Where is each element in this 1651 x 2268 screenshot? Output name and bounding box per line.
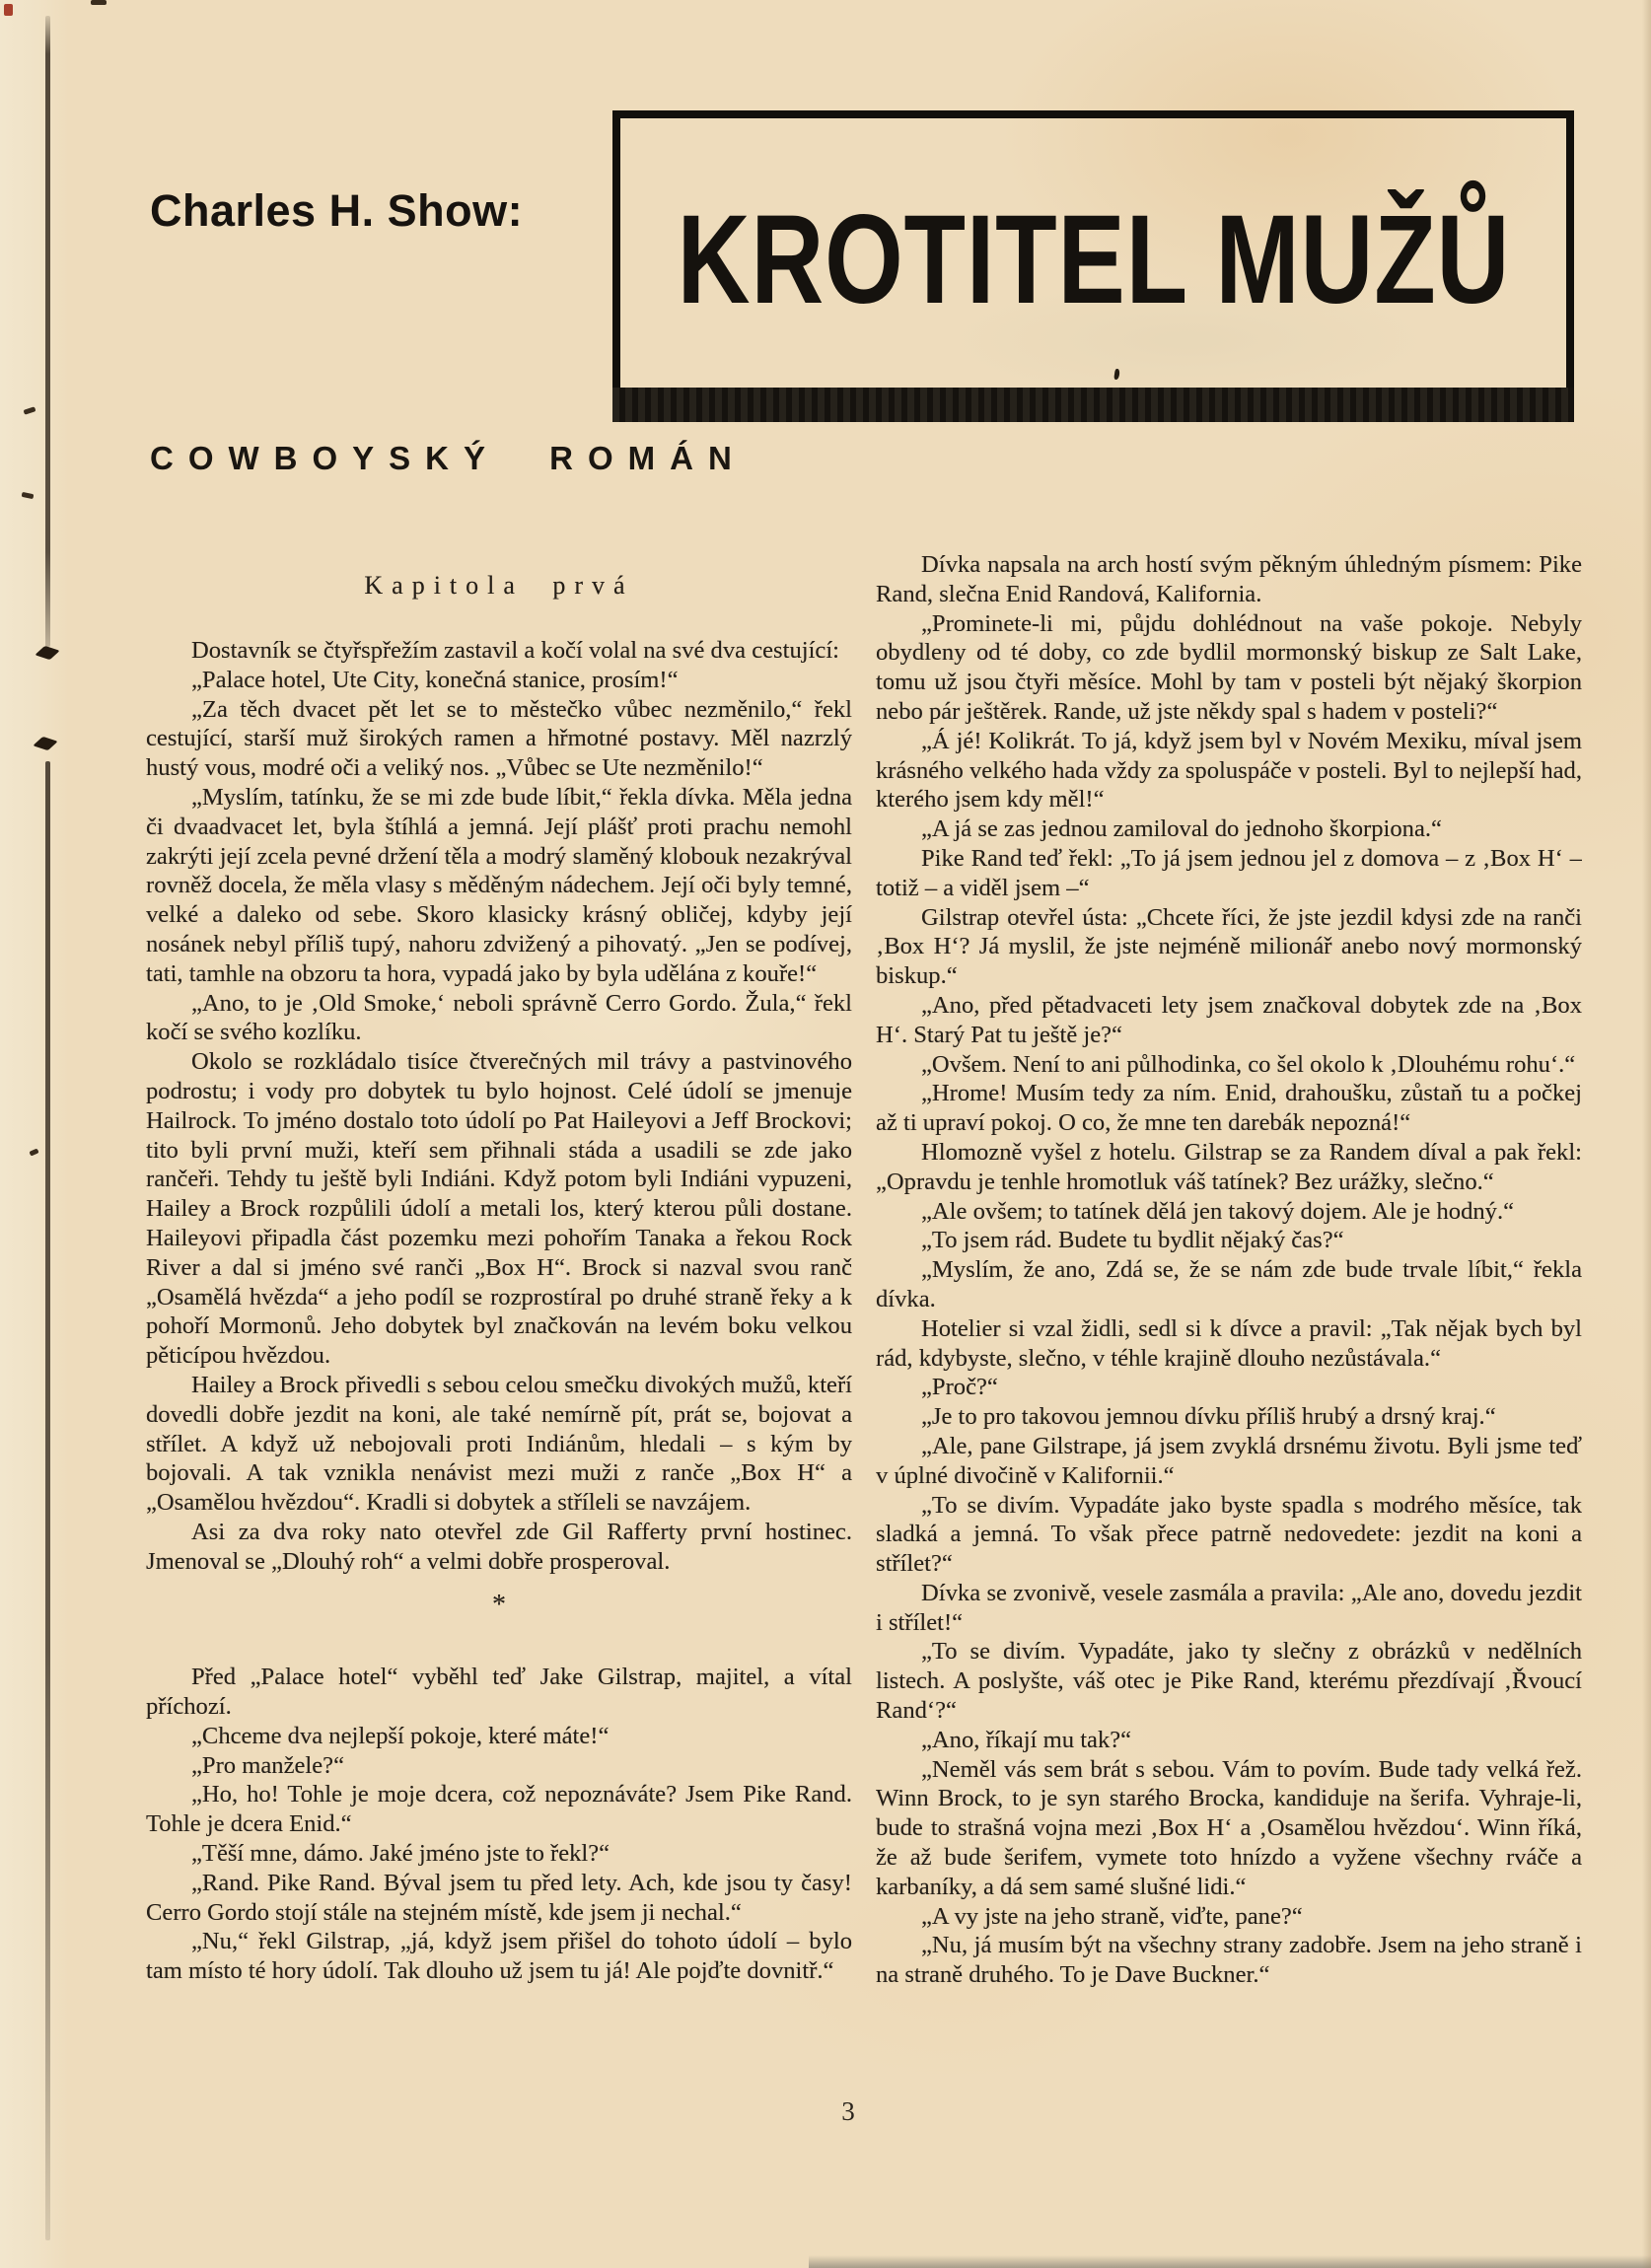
paragraph: Asi za dva roky nato otevřel zde Gil Raf… bbox=[146, 1518, 852, 1577]
paragraph: „Proč?“ bbox=[876, 1373, 1582, 1402]
scan-edge-shadow-bottom bbox=[809, 2255, 1651, 2268]
paragraph: Před „Palace hotel“ vyběhl teď Jake Gils… bbox=[146, 1663, 852, 1722]
binding-crease-top bbox=[45, 16, 50, 647]
paragraph: „Je to pro takovou jemnou dívku příliš h… bbox=[876, 1402, 1582, 1432]
binding-crease-bottom bbox=[45, 761, 50, 2240]
title-box: KROTITEL MUŽŮ bbox=[612, 110, 1574, 388]
right-text-column: Dívka napsala na arch hostí svým pěkným … bbox=[876, 550, 1582, 2029]
paragraph: „A vy jste na jeho straně, viďte, pane?“ bbox=[876, 1902, 1582, 1932]
scan-speck bbox=[24, 406, 36, 414]
paragraph: Pike Rand teď řekl: „To já jsem jednou j… bbox=[876, 844, 1582, 903]
scanned-book-page: Charles H. Show: KROTITEL MUŽŮ COWBOYSKÝ… bbox=[0, 0, 1651, 2268]
paragraph: „Těší mne, dámo. Jaké jméno jste to řekl… bbox=[146, 1839, 852, 1869]
paragraph: „Rand. Pike Rand. Býval jsem tu před let… bbox=[146, 1869, 852, 1928]
page-number: 3 bbox=[819, 2096, 878, 2127]
paragraph: „Nu, já musím být na všechny strany zado… bbox=[876, 1931, 1582, 1990]
scan-edge-shadow-right bbox=[1642, 0, 1651, 2268]
paragraph: „To se divím. Vypadáte jako byste spadla… bbox=[876, 1491, 1582, 1579]
paragraph: „Nu,“ řekl Gilstrap, „já, když jsem přiš… bbox=[146, 1927, 852, 1986]
staple-mark bbox=[33, 737, 58, 750]
paragraph: „Palace hotel, Ute City, konečná stanice… bbox=[146, 666, 852, 695]
chapter-heading: Kapitola prvá bbox=[146, 571, 852, 601]
paragraph: „Pro manžele?“ bbox=[146, 1751, 852, 1781]
paragraph: Dostavník se čtyřspřežím zastavil a kočí… bbox=[146, 636, 852, 666]
title-underline-bar bbox=[612, 388, 1574, 422]
paragraph: „To jsem rád. Budete tu bydlit nějaký ča… bbox=[876, 1226, 1582, 1255]
genre-heading: COWBOYSKÝ ROMÁN bbox=[150, 440, 747, 477]
scan-speck bbox=[91, 0, 107, 5]
scan-speck bbox=[4, 4, 13, 16]
scan-speck bbox=[22, 492, 35, 499]
paragraph: Okolo se rozkládalo tisíce čtverečných m… bbox=[146, 1047, 852, 1371]
paragraph: Gilstrap otevřel ústa: „Chcete říci, že … bbox=[876, 903, 1582, 991]
paragraph: „Ano, říkají mu tak?“ bbox=[876, 1726, 1582, 1755]
paragraph: „A já se zas jednou zamiloval do jednoho… bbox=[876, 815, 1582, 844]
paragraph: „Myslím, tatínku, že se mi zde bude líbi… bbox=[146, 783, 852, 989]
paragraph: „Ho, ho! Tohle je moje dcera, což nepozn… bbox=[146, 1780, 852, 1839]
right-paragraphs: Dívka napsala na arch hostí svým pěkným … bbox=[876, 550, 1582, 1990]
paragraph: „To se divím. Vypadáte, jako ty slečny z… bbox=[876, 1637, 1582, 1725]
paragraph: „Neměl vás sem brát s sebou. Vám to poví… bbox=[876, 1755, 1582, 1902]
paragraph: „Prominete-li mi, půjdu dohlédnout na va… bbox=[876, 609, 1582, 727]
section-separator: * bbox=[146, 1591, 852, 1620]
book-title: KROTITEL MUŽŮ bbox=[677, 174, 1510, 332]
paragraph: „Á jé! Kolikrát. To já, když jsem byl v … bbox=[876, 727, 1582, 815]
staple-mark bbox=[35, 646, 60, 660]
left-text-column: Kapitola prvá Dostavník se čtyřspřežím z… bbox=[146, 557, 852, 2036]
paragraph: Dívka se zvonivě, vesele zasmála a pravi… bbox=[876, 1579, 1582, 1638]
paragraph: „Ano, před pětadvaceti lety jsem značkov… bbox=[876, 991, 1582, 1050]
paragraph: Hlomozně vyšel z hotelu. Gilstrap se za … bbox=[876, 1138, 1582, 1197]
paragraph: Dívka napsala na arch hostí svým pěkným … bbox=[876, 550, 1582, 609]
paragraph: „Myslím, že ano, Zdá se, že se nám zde b… bbox=[876, 1255, 1582, 1314]
paragraph: Hailey a Brock přivedli s sebou celou sm… bbox=[146, 1371, 852, 1518]
paragraph: „Ano, to je ‚Old Smoke,‘ neboli správně … bbox=[146, 989, 852, 1048]
paragraph: „Hrome! Musím tedy za ním. Enid, drahouš… bbox=[876, 1079, 1582, 1138]
paragraph: „Chceme dva nejlepší pokoje, které máte!… bbox=[146, 1722, 852, 1751]
left-paragraphs: Dostavník se čtyřspřežím zastavil a kočí… bbox=[146, 636, 852, 1986]
paragraph: Hotelier si vzal židli, sedl si k dívce … bbox=[876, 1314, 1582, 1374]
scan-speck bbox=[29, 1148, 38, 1156]
paragraph: „Za těch dvacet pět let se to městečko v… bbox=[146, 695, 852, 783]
paragraph: „Ale, pane Gilstrape, já jsem zvyklá drs… bbox=[876, 1432, 1582, 1491]
paragraph: „Ovšem. Není to ani půlhodinka, co šel o… bbox=[876, 1050, 1582, 1080]
author-name: Charles H. Show: bbox=[150, 185, 523, 237]
paragraph: „Ale ovšem; to tatínek dělá jen takový d… bbox=[876, 1197, 1582, 1227]
